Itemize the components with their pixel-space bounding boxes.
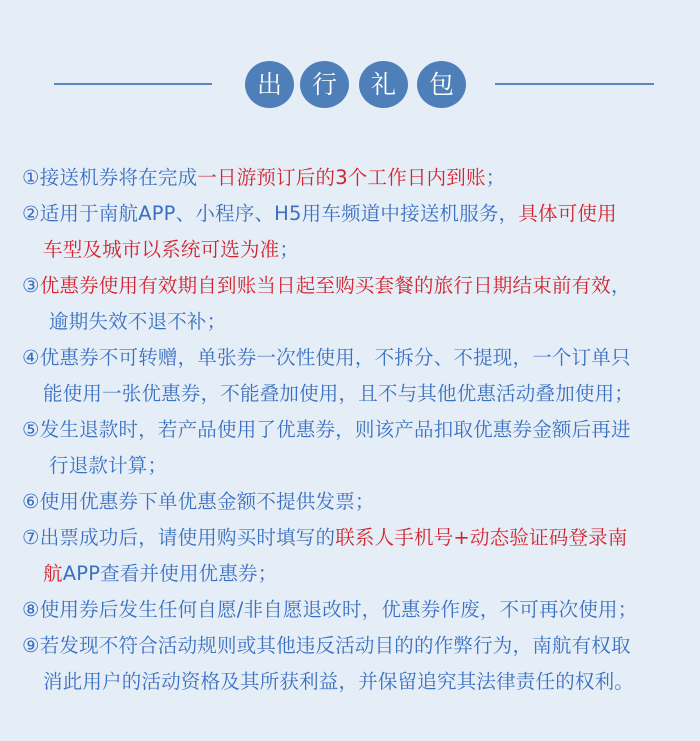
rule-item-continuation: 逾期失效不退不补；: [22, 304, 692, 340]
rule-number: ⑨: [22, 634, 40, 657]
rule-text: ；: [486, 166, 506, 189]
rule-text: ，: [611, 274, 631, 297]
highlight-text: 具体可使用: [518, 202, 617, 225]
rule-number: ⑧: [22, 598, 40, 621]
rule-item-continuation: 航APP查看并使用优惠券；: [22, 556, 692, 592]
rule-text: 能使用一张优惠券，不能叠加使用，且不与其他优惠活动叠加使用；: [43, 382, 634, 405]
title-char-circle: 礼: [359, 61, 408, 108]
highlight-text: 联系人手机号+动态验证码登录南: [335, 526, 627, 549]
rule-text: APP查看并使用优惠券；: [63, 562, 278, 585]
highlight-text: 航: [43, 562, 63, 585]
rule-text: 若发现不符合活动规则或其他违反活动目的的作弊行为，南航有权取: [40, 634, 631, 657]
title-banner: 出 行 礼 包: [0, 61, 700, 109]
rule-text: 行退款计算；: [49, 454, 167, 477]
rules-list: ①接送机券将在完成一日游预订后的3个工作日内到账；②适用于南航APP、小程序、H…: [22, 160, 692, 700]
rule-number: ④: [22, 346, 40, 369]
rule-number: ⑥: [22, 490, 40, 513]
rule-number: ⑦: [22, 526, 40, 549]
rule-item: ③优惠券使用有效期自到账当日起至购买套餐的旅行日期结束前有效，: [22, 268, 692, 304]
highlight-text: 车型及城市以系统可选为准: [43, 238, 279, 261]
rule-number: ①: [22, 166, 40, 189]
rule-text: 使用券后发生任何自愿/非自愿退改时，优惠券作废，不可再次使用；: [40, 598, 638, 621]
rule-number: ⑤: [22, 418, 40, 441]
rule-text: 优惠券不可转赠，单张券一次性使用，不拆分、不提现，一个订单只: [40, 346, 631, 369]
highlight-text: 一日游预订后的3个工作日内到账: [197, 166, 485, 189]
rule-text: 使用优惠券下单优惠金额不提供发票；: [40, 490, 375, 513]
rule-text: 出票成功后，请使用购买时填写的: [40, 526, 336, 549]
rule-text: ；: [279, 238, 299, 261]
rule-item: ⑧使用券后发生任何自愿/非自愿退改时，优惠券作废，不可再次使用；: [22, 592, 692, 628]
rule-item: ①接送机券将在完成一日游预订后的3个工作日内到账；: [22, 160, 692, 196]
title-char-circle: 出: [245, 61, 294, 108]
rule-number: ③: [22, 274, 40, 297]
rule-text: 发生退款时，若产品使用了优惠券，则该产品扣取优惠券金额后再进: [40, 418, 631, 441]
rule-item-continuation: 消此用户的活动资格及其所获利益，并保留追究其法律责任的权利。: [22, 664, 692, 700]
rule-item-continuation: 行退款计算；: [22, 448, 692, 484]
rule-item: ②适用于南航APP、小程序、H5用车频道中接送机服务，具体可使用: [22, 196, 692, 232]
rule-item: ⑨若发现不符合活动规则或其他违反活动目的的作弊行为，南航有权取: [22, 628, 692, 664]
rule-item: ⑥使用优惠券下单优惠金额不提供发票；: [22, 484, 692, 520]
rule-text: 消此用户的活动资格及其所获利益，并保留追究其法律责任的权利。: [43, 670, 634, 693]
rule-item: ⑤发生退款时，若产品使用了优惠券，则该产品扣取优惠券金额后再进: [22, 412, 692, 448]
title-char-circle: 包: [417, 61, 466, 108]
rule-text: 逾期失效不退不补；: [49, 310, 226, 333]
title-char-circle: 行: [300, 61, 349, 108]
rule-text: 适用于南航APP、小程序、H5用车频道中接送机服务，: [40, 202, 519, 225]
rule-number: ②: [22, 202, 40, 225]
rule-item: ④优惠券不可转赠，单张券一次性使用，不拆分、不提现，一个订单只: [22, 340, 692, 376]
rule-item: ⑦出票成功后，请使用购买时填写的联系人手机号+动态验证码登录南: [22, 520, 692, 556]
highlight-text: 优惠券使用有效期自到账当日起至购买套餐的旅行日期结束前有效: [40, 274, 611, 297]
left-divider-line: [54, 83, 212, 85]
rule-item-continuation: 车型及城市以系统可选为准；: [22, 232, 692, 268]
rule-text: 接送机券将在完成: [40, 166, 198, 189]
rule-item-continuation: 能使用一张优惠券，不能叠加使用，且不与其他优惠活动叠加使用；: [22, 376, 692, 412]
right-divider-line: [495, 83, 654, 85]
